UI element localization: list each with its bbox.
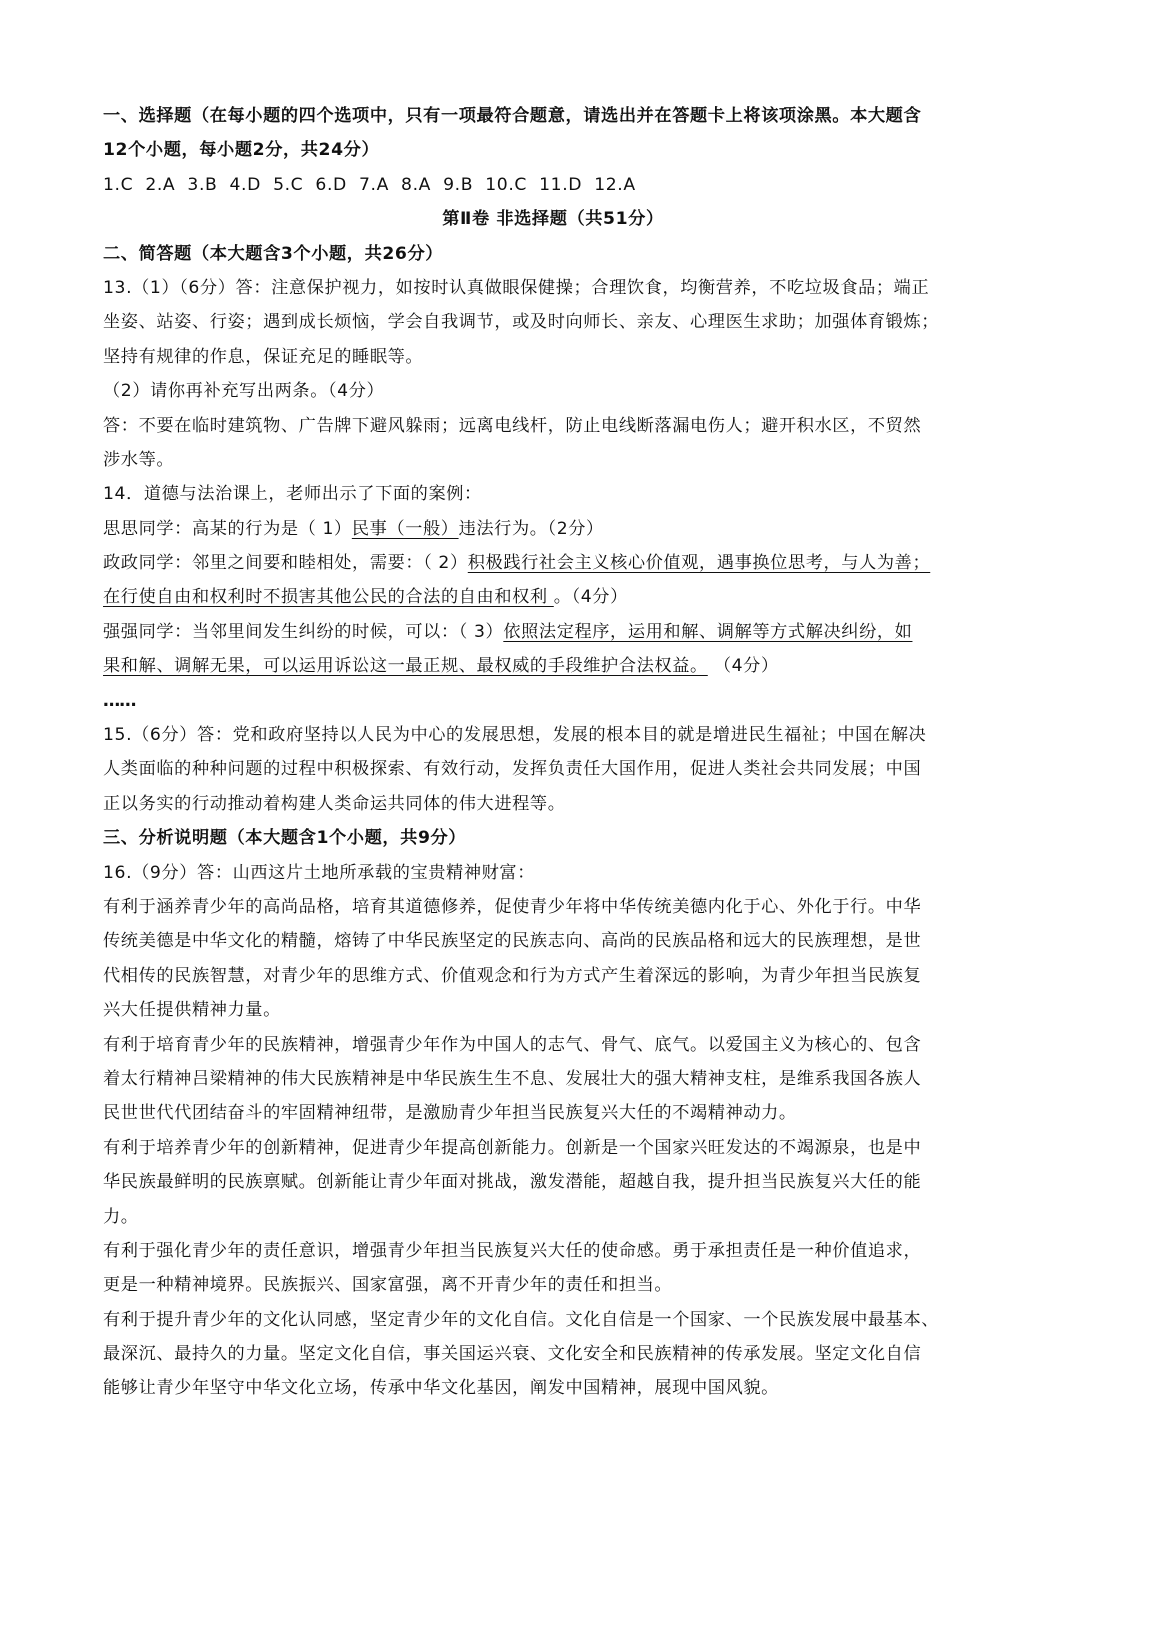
paragraph-line: 有利于强化青少年的责任意识，增强青少年担当民族复兴大任的使命感。勇于承担责任是一… [103, 1234, 1003, 1268]
q14-statement3-cont: 果和解、调解无果，可以运用诉讼这一最正规、最权威的手段维护合法权益。 （4分） [103, 649, 1003, 683]
paragraph-line: 力。 [103, 1200, 1003, 1234]
part2-title: 第Ⅱ卷 非选择题（共51分） [103, 202, 1003, 236]
q14-statement1: 思思同学：高某的行为是（ 1）民事（一般）违法行为。（2分） [103, 512, 1003, 546]
q14-s1-prefix: 思思同学：高某的行为是（ 1） [103, 519, 352, 539]
q14-statement3: 强强同学：当邻里间发生纠纷的时候，可以：（ 3）依照法定程序，运用和解、调解等方… [103, 615, 1003, 649]
q14-s2-answer-line1: 积极践行社会主义核心价值观，遇事换位思考，与人为善； [468, 553, 930, 573]
q13-answer-line1: 答：不要在临时建筑物、广告牌下避风躲雨；远离电线杆，防止电线断落漏电伤人；避开积… [103, 409, 1003, 443]
q14-s2-prefix: 政政同学：邻里之间要和睦相处，需要：（ 2） [103, 553, 468, 573]
q16-paragraph-2: 有利于培育青少年的民族精神，增强青少年作为中国人的志气、骨气、底气。以爱国主义为… [103, 1028, 1003, 1131]
q16-paragraph-3: 有利于培养青少年的创新精神，促进青少年提高创新能力。创新是一个国家兴旺发达的不竭… [103, 1131, 1003, 1234]
paragraph-line: 代相传的民族智慧，对青少年的思维方式、价值观念和行为方式产生着深远的影响，为青少… [103, 959, 1003, 993]
answer-key-page: 一、选择题（在每小题的四个选项中，只有一项最符合题意，请选出并在答题卡上将该项涂… [103, 99, 1003, 1406]
paragraph-line: 传统美德是中华文化的精髓，熔铸了中华民族坚定的民族志向、高尚的民族品格和远大的民… [103, 924, 1003, 958]
q14-s3-answer-line2: 果和解、调解无果，可以运用诉讼这一最正规、最权威的手段维护合法权益。 [103, 656, 708, 676]
paragraph-line: 有利于涵养青少年的高尚品格，培育其道德修养，促使青少年将中华传统美德内化于心、外… [103, 890, 1003, 924]
q14-s2-answer-line2: 在行使自由和权利时不损害其他公民的合法的自由和权利 [103, 587, 554, 607]
q15-line1: 15.（6分）答：党和政府坚持以人民为中心的发展思想，发展的根本目的就是增进民生… [103, 718, 1003, 752]
q15-line2: 人类面临的种种问题的过程中积极探索、有效行动，发挥负责任大国作用，促进人类社会共… [103, 752, 1003, 786]
paragraph-line: 着太行精神吕梁精神的伟大民族精神是中华民族生生不息、发展壮大的强大精神支柱，是维… [103, 1062, 1003, 1096]
q16-paragraph-4: 有利于强化青少年的责任意识，增强青少年担当民族复兴大任的使命感。勇于承担责任是一… [103, 1234, 1003, 1303]
paragraph-line: 兴大任提供精神力量。 [103, 993, 1003, 1027]
q14-statement2-cont: 在行使自由和权利时不损害其他公民的合法的自由和权利 。（4分） [103, 580, 1003, 614]
q14-s3-prefix: 强强同学：当邻里间发生纠纷的时候，可以：（ 3） [103, 622, 503, 642]
q14-s3-suffix: （4分） [708, 656, 779, 676]
q14-intro: 14．道德与法治课上，老师出示了下面的案例： [103, 477, 1003, 511]
q13-line2: 坐姿、站姿、行姿；遇到成长烦恼，学会自我调节，或及时向师长、亲友、心理医生求助；… [103, 305, 1003, 339]
paragraph-line: 有利于培育青少年的民族精神，增强青少年作为中国人的志气、骨气、底气。以爱国主义为… [103, 1028, 1003, 1062]
q16-paragraph-1: 有利于涵养青少年的高尚品格，培育其道德修养，促使青少年将中华传统美德内化于心、外… [103, 890, 1003, 1028]
q15-line3: 正以务实的行动推动着构建人类命运共同体的伟大进程等。 [103, 787, 1003, 821]
paragraph-line: 最深沉、最持久的力量。坚定文化自信，事关国运兴衰、文化安全和民族精神的传承发展。… [103, 1337, 1003, 1371]
q16-intro: 16.（9分）答：山西这片土地所承载的宝贵精神财富： [103, 856, 1003, 890]
paragraph-line: 华民族最鲜明的民族禀赋。创新能让青少年面对挑战，激发潜能，超越自我，提升担当民族… [103, 1165, 1003, 1199]
paragraph-line: 能够让青少年坚守中华文化立场，传承中华文化基因，阐发中国精神，展现中国风貌。 [103, 1371, 1003, 1405]
paragraph-line: 更是一种精神境界。民族振兴、国家富强，离不开青少年的责任和担当。 [103, 1268, 1003, 1302]
q13-line1: 13.（1）（6分）答：注意保护视力，如按时认真做眼保健操；合理饮食，均衡营养，… [103, 271, 1003, 305]
paragraph-line: 有利于提升青少年的文化认同感，坚定青少年的文化自信。文化自信是一个国家、一个民族… [103, 1303, 1003, 1337]
mcq-answers: 1.C 2.A 3.B 4.D 5.C 6.D 7.A 8.A 9.B 10.C… [103, 168, 1003, 202]
section2-heading: 二、简答题（本大题含3个小题，共26分） [103, 237, 1003, 271]
q14-s1-answer: 民事（一般） [352, 519, 459, 539]
q14-s2-suffix: 。（4分） [554, 587, 628, 607]
q13-line3: 坚持有规律的作息，保证充足的睡眠等。 [103, 340, 1003, 374]
q14-statement2: 政政同学：邻里之间要和睦相处，需要：（ 2）积极践行社会主义核心价值观，遇事换位… [103, 546, 1003, 580]
q16-paragraph-5: 有利于提升青少年的文化认同感，坚定青少年的文化自信。文化自信是一个国家、一个民族… [103, 1303, 1003, 1406]
q14-ellipsis: …… [103, 684, 1003, 718]
section3-heading: 三、分析说明题（本大题含1个小题，共9分） [103, 821, 1003, 855]
q14-s1-suffix: 违法行为。（2分） [459, 519, 604, 539]
paragraph-line: 民世世代代团结奋斗的牢固精神纽带，是激励青少年担当民族复兴大任的不竭精神动力。 [103, 1096, 1003, 1130]
paragraph-line: 有利于培养青少年的创新精神，促进青少年提高创新能力。创新是一个国家兴旺发达的不竭… [103, 1131, 1003, 1165]
section1-heading-cont: 12个小题，每小题2分，共24分） [103, 133, 1003, 167]
q14-s3-answer-line1: 依照法定程序，运用和解、调解等方式解决纠纷，如 [503, 622, 912, 642]
q13-answer-line2: 涉水等。 [103, 443, 1003, 477]
q13-sub2: （2）请你再补充写出两条。（4分） [103, 374, 1003, 408]
section1-heading: 一、选择题（在每小题的四个选项中，只有一项最符合题意，请选出并在答题卡上将该项涂… [103, 99, 1003, 133]
